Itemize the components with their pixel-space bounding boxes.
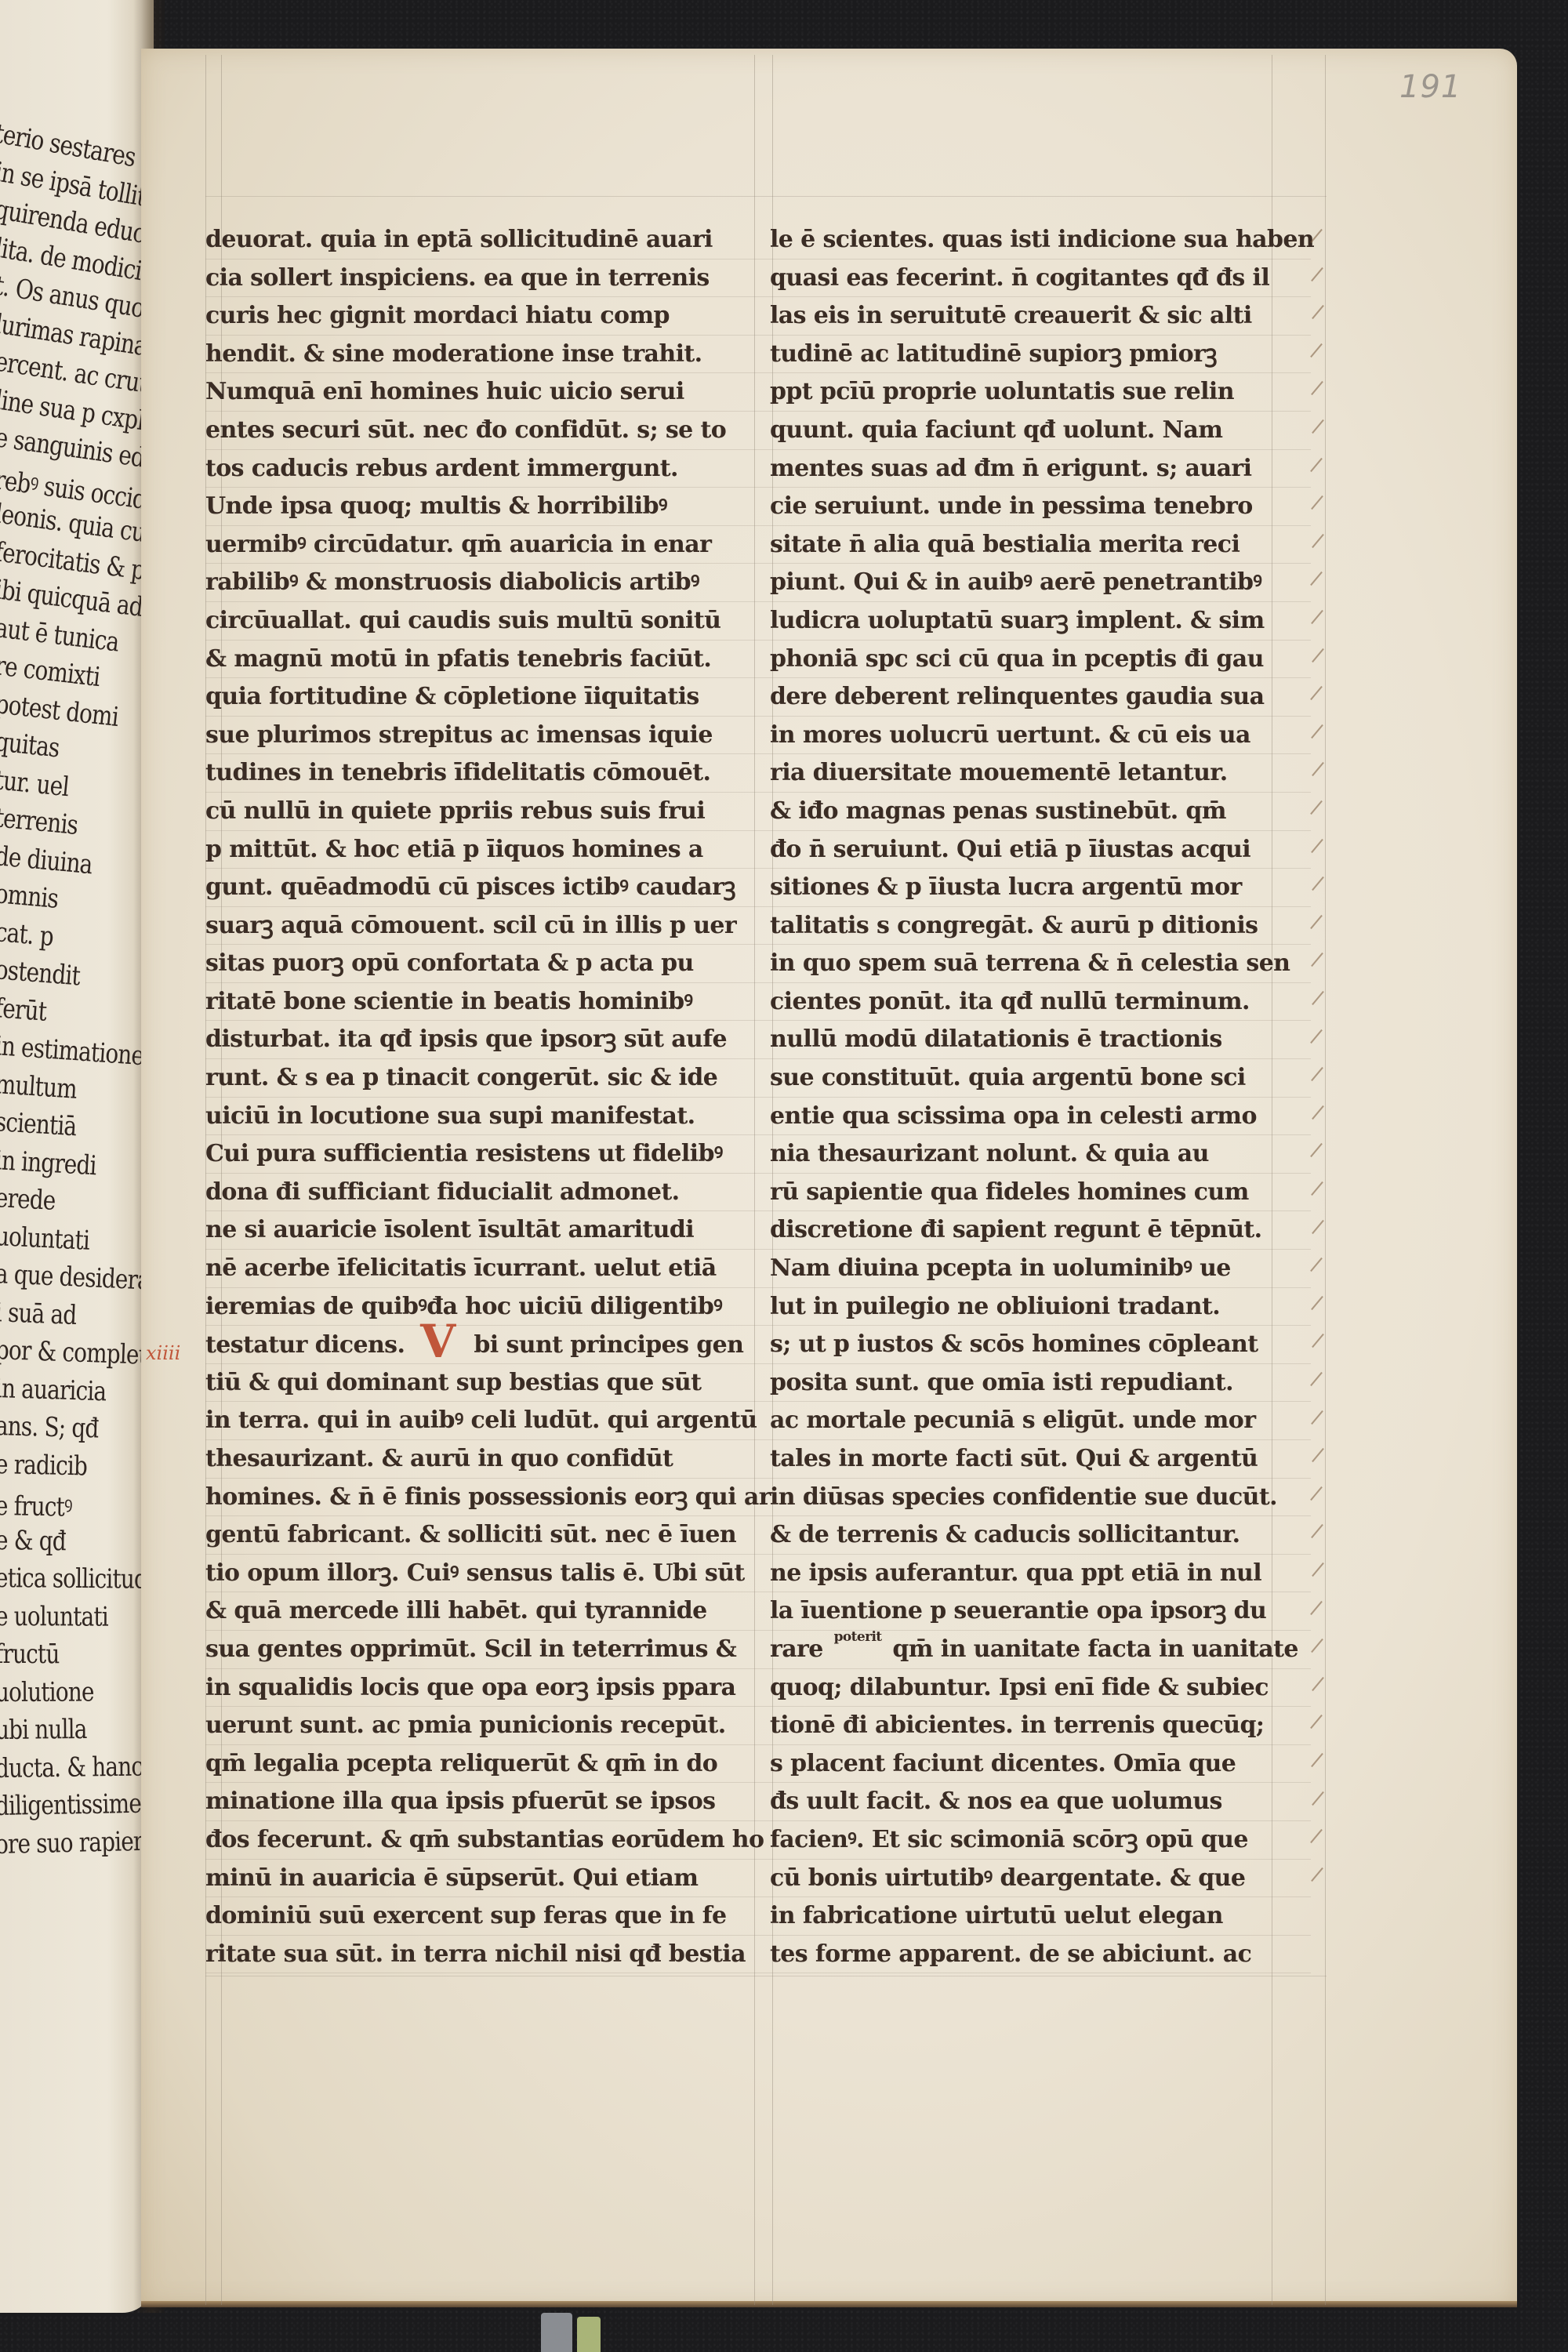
- left-page-text-fragment: tur. uel: [0, 764, 70, 803]
- left-page-text-fragment: ubi nulla: [0, 1714, 87, 1746]
- text-line: sue constituūt. quia argentū bone sci: [770, 1059, 1311, 1098]
- text-line: tos caducis rebus ardent immergunt.: [205, 450, 770, 488]
- text-line: quunt. quia faciunt qđ uolunt. Nam: [770, 412, 1311, 450]
- text-line: tio opum illorꝫ. Cuiꝰ sensus talis ē. Ub…: [205, 1555, 770, 1593]
- text-line: & de terrenis & caducis sollicitantur.: [770, 1516, 1311, 1555]
- left-page-text-fragment: aut ē tunica: [0, 612, 121, 658]
- left-page-text-fragment: e uoluntati: [0, 1601, 108, 1633]
- text-line: Cui pura sufficientia resistens ut fidel…: [205, 1135, 770, 1174]
- text-line: dere deberent relinquentes gaudia sua: [770, 678, 1311, 717]
- left-page-text-fragment: ferūt: [0, 993, 48, 1028]
- text-line: đs uult facit. & nos ea que uolumus: [770, 1783, 1311, 1821]
- text-line: tudinē ac latitudinē supiorꝫ pmiorꝫ: [770, 336, 1311, 374]
- left-page-text-fragment: ore suo rapien: [0, 1825, 147, 1860]
- text-line: disturbat. ita qđ ipsis que ipsorꝫ sūt a…: [205, 1021, 770, 1059]
- left-page-text-fragment: erede: [0, 1182, 56, 1217]
- left-page-text-fragment: de diuina: [0, 840, 93, 880]
- text-line: piunt. Qui & in auibꝰ aerē penetrantibꝰ: [770, 564, 1311, 602]
- text-line: in diūsas species confidentie sue ducūt.: [770, 1479, 1311, 1517]
- text-line: sitate n̄ alia quā bestialia merita reci: [770, 526, 1311, 564]
- text-line: gunt. quēadmodū cū pisces ictibꝰ caudarꝫ: [205, 869, 770, 907]
- text-line: tes forme apparent. de se abiciunt. ac: [770, 1936, 1311, 1974]
- left-page-text-fragment: in ingredi: [0, 1145, 97, 1181]
- text-line: in quo spem suā terrena & n̄ celestia se…: [770, 945, 1311, 983]
- text-line: sitas puorꝫ opū confortata & p acta pu: [205, 945, 770, 983]
- text-line: s placent faciunt dicentes. Omīa que: [770, 1745, 1311, 1784]
- text-line: ac mortale pecuniā s eligūt. unde mor: [770, 1402, 1311, 1440]
- text-column-left: deuorat. quia in eptā sollicitudinē auar…: [205, 221, 770, 1973]
- text-line: gentū fabricant. & solliciti sūt. nec ē …: [205, 1516, 770, 1555]
- left-page-text-fragment: fructū: [0, 1639, 59, 1670]
- folio-number: 191: [1399, 69, 1461, 105]
- text-line: nia thesaurizant nolunt. & quia au: [770, 1135, 1311, 1174]
- text-line: dominiū suū exercent sup feras que in fe: [205, 1897, 770, 1936]
- text-line: rū sapientie qua fideles homines cum: [770, 1174, 1311, 1212]
- page-bottom-edge: [141, 2301, 1517, 2307]
- text-line: cū bonis uirtutibꝰ deargentate. & que: [770, 1860, 1311, 1898]
- margin-rubric-numeral: xiiii: [146, 1342, 180, 1364]
- left-page-text-fragment: multum: [0, 1069, 78, 1105]
- text-line: lut in puilegio ne obliuioni tradant.: [770, 1288, 1311, 1327]
- text-line: sue plurimos strepitus ac imensas iquie: [205, 717, 770, 755]
- interlinear-gloss: poterit: [834, 1629, 882, 1645]
- ruling-bottom: [205, 1976, 1327, 1976]
- text-line: in mores uolucrū uertunt. & cū eis ua: [770, 717, 1311, 755]
- text-line: Unde ipsa quoq; multis & horribilibꝰ: [205, 488, 770, 526]
- left-page-text-fragment: i suā ad: [0, 1297, 77, 1331]
- text-line: circūuallat. qui caudis suis multū sonit…: [205, 602, 770, 641]
- text-line: entie qua scissima opa in celesti armo: [770, 1098, 1311, 1136]
- text-line: quoq; dilabuntur. Ipsi enī fide & subiec: [770, 1669, 1311, 1708]
- text-line: tudines in tenebris īfidelitatis cōmouēt…: [205, 754, 770, 793]
- text-line: nullū modū dilatationis ē tractionis: [770, 1021, 1311, 1059]
- text-line: discretione đi sapient regunt ē tēpnūt.: [770, 1211, 1311, 1250]
- rubric-initial-letter: V: [420, 1315, 455, 1368]
- text-line: las eis in seruitutē creauerit & sic alt…: [770, 297, 1311, 336]
- text-line: posita sunt. que omīa isti repudiant.: [770, 1364, 1311, 1403]
- text-line: mentes suas ad đm n̄ erigunt. s; auari: [770, 450, 1311, 488]
- left-page-text-fragment: omnis: [0, 878, 60, 915]
- text-line: talitatis s congregāt. & aurū p ditionis: [770, 907, 1311, 946]
- text-line: runt. & s ea p tinacit congerūt. sic & i…: [205, 1059, 770, 1098]
- left-page-text-fragment: a que desiderat: [0, 1258, 154, 1297]
- text-line: & quā mercede illi habēt. qui tyrannide: [205, 1592, 770, 1631]
- left-page-text-fragment: e & qđ: [0, 1525, 66, 1557]
- ruling-right-outer: [1325, 55, 1326, 2305]
- left-page-text-fragment: diligentissime: [0, 1788, 141, 1822]
- text-line: minatione illa qua ipsis pfuerūt se ipso…: [205, 1783, 770, 1821]
- left-page-text-fragment: por & complet: [0, 1334, 147, 1371]
- text-line: le ē scientes. quas isti indicione sua h…: [770, 221, 1311, 260]
- left-page-edge: terio sestares ccupiscenin se ipsā tolli…: [0, 0, 154, 2313]
- text-line: sitiones & p īiusta lucra argentū mor: [770, 869, 1311, 907]
- text-line: in terra. qui in auibꝰ celi ludūt. qui a…: [205, 1402, 770, 1440]
- text-line: tales in morte facti sūt. Qui & argentū: [770, 1440, 1311, 1479]
- text-line: & iđo magnas penas sustinebūt. qm̄: [770, 793, 1311, 831]
- text-line: Numquā enī homines huic uicio serui: [205, 373, 770, 412]
- left-page-text-fragment: e fructꝰ: [0, 1486, 72, 1524]
- ruling-top: [205, 196, 1327, 197]
- text-line: quia fortitudine & cōpletione īiquitatis: [205, 678, 770, 717]
- text-line: ritate sua sūt. in terra nichil nisi qđ …: [205, 1936, 770, 1974]
- text-line: uermibꝰ circūdatur. qm̄ auaricia in enar: [205, 526, 770, 564]
- text-line: cū nullū in quiete ppriis rebus suis fru…: [205, 793, 770, 831]
- left-page-text-fragment: in auaricia: [0, 1373, 107, 1407]
- text-line: ppt pcīū proprie uoluntatis sue relin: [770, 373, 1311, 412]
- text-line: ludicra uoluptatū suarꝫ implent. & sim: [770, 602, 1311, 641]
- left-page-text-fragment: terrenis: [0, 802, 79, 841]
- text-line: tiū & qui dominant sup bestias que sūt: [205, 1364, 770, 1403]
- text-line: ritatē bone scientie in beatis hominibꝰ: [205, 983, 770, 1022]
- text-line: phoniā spc sci cū qua in pceptis đi gau: [770, 641, 1311, 679]
- text-line: in squalidis locis que opa eorꝫ ipsis pp…: [205, 1669, 770, 1708]
- text-line: ne si auaricie īsolent īsultāt amaritudi: [205, 1211, 770, 1250]
- text-line: ria diuersitate mouementē letantur.: [770, 754, 1311, 793]
- text-line: dona đi sufficiant fiducialit admonet.: [205, 1174, 770, 1212]
- left-page-text-fragment: etica sollicitudine: [0, 1563, 154, 1595]
- text-line: cia sollert inspiciens. ea que in terren…: [205, 260, 770, 298]
- text-line: hendit. & sine moderatione inse trahit.: [205, 336, 770, 374]
- text-line: entes securi sūt. nec đo confidūt. s; se…: [205, 412, 770, 450]
- text-line: uiciū in locutione sua supi manifestat.: [205, 1098, 770, 1136]
- text-column-right: le ē scientes. quas isti indicione sua h…: [770, 221, 1311, 1973]
- text-line: uerunt sunt. ac pmia punicionis recepūt.: [205, 1707, 770, 1745]
- text-line: facienꝰ. Et sic scimoniā scōrꝫ opū que: [770, 1821, 1311, 1860]
- left-page-text-fragment: quitas: [0, 726, 61, 764]
- left-page-text-fragment: ans. S; qđ: [0, 1410, 99, 1444]
- text-line: homines. & n̄ ē finis possessionis eorꝫ …: [205, 1479, 770, 1517]
- text-line: deuorat. quia in eptā sollicitudinē auar…: [205, 221, 770, 260]
- text-line: đo n̄ seruiunt. Qui etiā p īiustas acqui: [770, 831, 1311, 869]
- text-line: rare poterit qm̄ in uanitate facta in ua…: [770, 1631, 1311, 1669]
- text-line: qm̄ legalia pcepta reliquerūt & qm̄ in d…: [205, 1745, 770, 1784]
- text-line: testatur dicens. V bi sunt principes gen: [205, 1326, 770, 1364]
- text-line: suarꝫ aquā cōmouent. scil cū in illis p …: [205, 907, 770, 946]
- left-page-text-fragment: ostendit: [0, 954, 81, 992]
- text-line: quasi eas fecerint. n̄ cogitantes qđ đs …: [770, 260, 1311, 298]
- text-line: sua gentes opprimūt. Scil in teterrimus …: [205, 1631, 770, 1669]
- text-line: ne ipsis auferantur. qua ppt etiā in nul: [770, 1555, 1311, 1593]
- text-line: & magnū motū in pfatis tenebris faciūt.: [205, 641, 770, 679]
- text-line: curis hec gignit mordaci hiatu comp: [205, 297, 770, 336]
- text-line: rabilibꝰ & monstruosis diabolicis artibꝰ: [205, 564, 770, 602]
- left-page-text-fragment: re comixti: [0, 650, 101, 693]
- left-page-text-fragment: potest domi: [0, 688, 120, 733]
- left-page-text-fragment: e radicib: [0, 1449, 87, 1483]
- text-line: cientes ponūt. ita qđ nullū terminum.: [770, 983, 1311, 1022]
- text-line: ieremias de quibꝰđa hoc uiciū diligentib…: [205, 1288, 770, 1327]
- bookmark-tab-grey: [541, 2313, 572, 2352]
- text-line: s; ut p iustos & scōs homines cōpleant: [770, 1326, 1311, 1364]
- text-line: in fabricatione uirtutū uelut elegan: [770, 1897, 1311, 1936]
- text-line: p mittūt. & hoc etiā p īiquos homines a: [205, 831, 770, 869]
- left-page-text-fragment: scientiā: [0, 1106, 78, 1142]
- text-line: minū in auaricia ē sūpserūt. Qui etiam: [205, 1860, 770, 1898]
- left-page-text-fragment: uoluntati: [0, 1221, 90, 1257]
- text-line: la īuentione p seuerantie opa ipsorꝫ du: [770, 1592, 1311, 1631]
- left-page-text-fragment: cat. p: [0, 916, 54, 953]
- text-line: tionē đi abicientes. in terrenis quecūq;: [770, 1707, 1311, 1745]
- bookmark-tab-green: [577, 2317, 601, 2352]
- text-line: đos fecerunt. & qm̄ substantias eorūdem …: [205, 1821, 770, 1860]
- left-page-text-fragment: ducta. & hanc: [0, 1751, 143, 1784]
- text-line: thesaurizant. & aurū in quo confidūt: [205, 1440, 770, 1479]
- text-line: cie seruiunt. unde in pessima tenebro: [770, 488, 1311, 526]
- text-line: nē acerbe īfelicitatis īcurrant. uelut e…: [205, 1250, 770, 1288]
- text-line: Nam diuina pcepta in uoluminibꝰ ue: [770, 1250, 1311, 1288]
- left-page-text-fragment: in estimatione: [0, 1030, 145, 1072]
- left-page-text-fragment: uolutione: [0, 1676, 94, 1708]
